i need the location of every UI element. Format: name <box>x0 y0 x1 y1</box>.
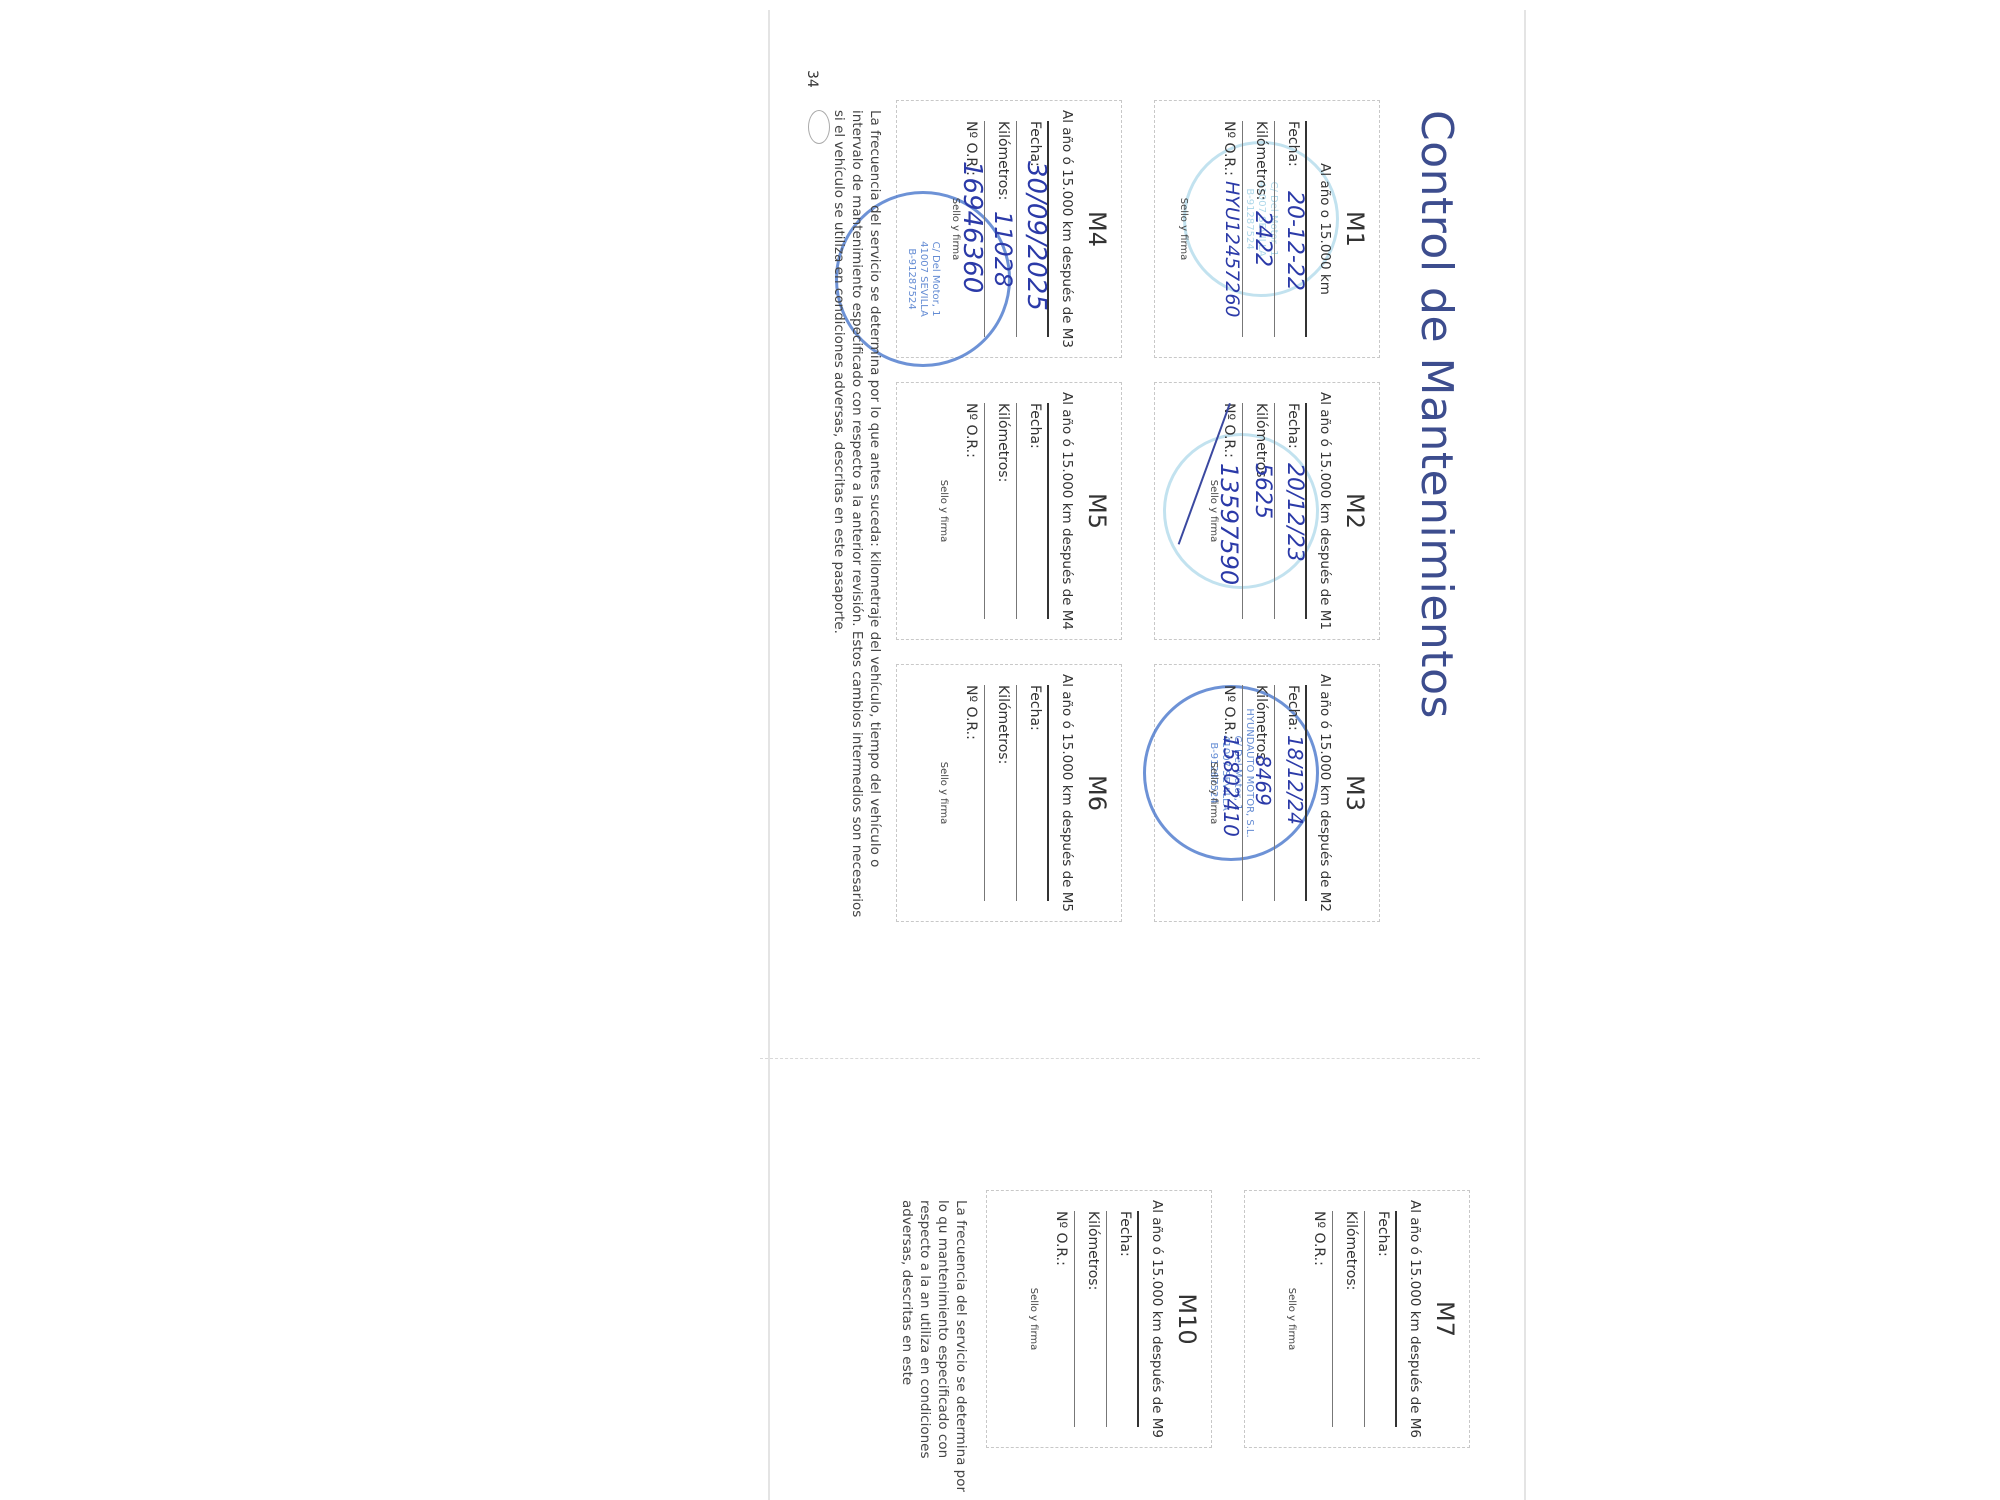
maintenance-card-m10: M10 Al año ó 15.000 km después de M9 Fec… <box>986 1190 1212 1448</box>
sello-label: Sello y firma <box>1178 101 1189 357</box>
page-fold <box>760 1058 1480 1059</box>
kilometros-label: Kilómetros: <box>995 403 1011 482</box>
kilometros-label: Kilómetros: <box>995 685 1011 764</box>
fecha-label: Fecha: <box>1285 403 1301 449</box>
nor-label: Nº O.R.: <box>1221 121 1237 176</box>
maintenance-page: Control de Mantenimientos C/ Del Motor, … <box>800 100 1470 940</box>
sello-label: Sello y firma <box>938 665 949 921</box>
fecha-label: Fecha: <box>1375 1211 1391 1257</box>
fecha-label: Fecha: <box>1117 1211 1133 1257</box>
kilometros-value: 11028 <box>989 211 1017 287</box>
fecha-label: Fecha: <box>1027 121 1043 167</box>
sello-label: Sello y firma <box>1028 1191 1039 1447</box>
maintenance-card-m2: M2 Al año ó 15.000 km después de M1 Fech… <box>1154 382 1380 640</box>
nor-value: 16946360 <box>957 161 987 293</box>
page-title: Control de Mantenimientos <box>1411 110 1462 719</box>
nor-value: 15802410 <box>1219 735 1243 837</box>
kilometros-label: Kilómetros: <box>995 121 1011 200</box>
scan-edge-right <box>1524 10 1526 1500</box>
card-title: M4 <box>1083 101 1111 357</box>
card-title: M1 <box>1341 101 1369 357</box>
fecha-label: Fecha: <box>1027 685 1043 731</box>
maintenance-card-m7: M7 Al año ó 15.000 km después de M6 Fech… <box>1244 1190 1470 1448</box>
nor-label: Nº O.R.: <box>1053 1211 1069 1266</box>
hyundai-logo-icon <box>808 110 830 144</box>
service-frequency-note-partial: La frecuencia del servicio se determina … <box>898 1200 970 1500</box>
fecha-value: 20/12/23 <box>1282 463 1307 562</box>
kilometros-value: 8469 <box>1251 755 1275 806</box>
fecha-label: Fecha: <box>1027 403 1043 449</box>
card-title: M2 <box>1341 383 1369 639</box>
kilometros-label: Kilómetros: <box>1253 685 1269 764</box>
card-interval: Al año ó 15.000 km después de M2 <box>1317 665 1333 921</box>
kilometros-value: 2422 <box>1250 211 1275 267</box>
fecha-label: Fecha: <box>1285 121 1301 167</box>
fecha-label: Fecha: <box>1285 685 1301 731</box>
card-interval: Al año ó 15.000 km después de M3 <box>1059 101 1075 357</box>
nor-label: Nº O.R.: <box>1311 1211 1327 1266</box>
fecha-value: 30/09/2025 <box>1021 161 1051 311</box>
sello-label: Sello y firma <box>1208 665 1219 921</box>
card-interval: Al año ó 15.000 km después de M1 <box>1317 383 1333 639</box>
sello-label: Sello y firma <box>1208 383 1219 639</box>
service-frequency-note: La frecuencia del servicio se determina … <box>830 110 884 930</box>
nor-label: Nº O.R.: <box>1221 403 1237 458</box>
kilometros-label: Kilómetros: <box>1085 1211 1101 1290</box>
nor-label: Nº O.R.: <box>963 403 979 458</box>
maintenance-card-m3: HYUNDAUTO MOTOR, S.L.C/ Del Motor, 14100… <box>1154 664 1380 922</box>
next-page-partial: M7 Al año ó 15.000 km después de M6 Fech… <box>800 1190 1470 1500</box>
nor-label: Nº O.R.: <box>963 685 979 740</box>
maintenance-card-m4: C/ Del Motor, 141007 SEVILLAB-91287524 M… <box>896 100 1122 358</box>
sello-label: Sello y firma <box>950 101 961 357</box>
card-title: M5 <box>1083 383 1111 639</box>
card-interval: Al año o 15.000 km <box>1317 101 1333 357</box>
maintenance-card-m5: M5 Al año ó 15.000 km después de M4 Fech… <box>896 382 1122 640</box>
card-interval: Al año ó 15.000 km después de M5 <box>1059 665 1075 921</box>
nor-value: 13597590 <box>1215 463 1243 585</box>
card-title: M6 <box>1083 665 1111 921</box>
card-title: M3 <box>1341 665 1369 921</box>
maintenance-card-m6: M6 Al año ó 15.000 km después de M5 Fech… <box>896 664 1122 922</box>
nor-label: Nº O.R.: <box>1221 685 1237 740</box>
card-interval: Al año ó 15.000 km después de M9 <box>1149 1191 1165 1447</box>
fecha-value: 20-12-22 <box>1282 191 1307 291</box>
page-number: 34 <box>804 70 820 88</box>
maintenance-card-m1: C/ Del Motor, 141007 SEVILLAB-91287524 M… <box>1154 100 1380 358</box>
sello-label: Sello y firma <box>1286 1191 1297 1447</box>
scan-edge-left <box>768 10 770 1500</box>
card-interval: Al año ó 15.000 km después de M4 <box>1059 383 1075 639</box>
card-title: M10 <box>1173 1191 1201 1447</box>
kilometros-value: 5625 <box>1250 463 1275 519</box>
kilometros-label: Kilómetros: <box>1253 121 1269 200</box>
nor-value: HYU12457260 <box>1221 181 1243 318</box>
fecha-value: 18/12/24 <box>1283 735 1307 825</box>
kilometros-label: Kilómetros: <box>1343 1211 1359 1290</box>
card-title: M7 <box>1431 1191 1459 1447</box>
card-interval: Al año ó 15.000 km después de M6 <box>1407 1191 1423 1447</box>
sello-label: Sello y firma <box>938 383 949 639</box>
